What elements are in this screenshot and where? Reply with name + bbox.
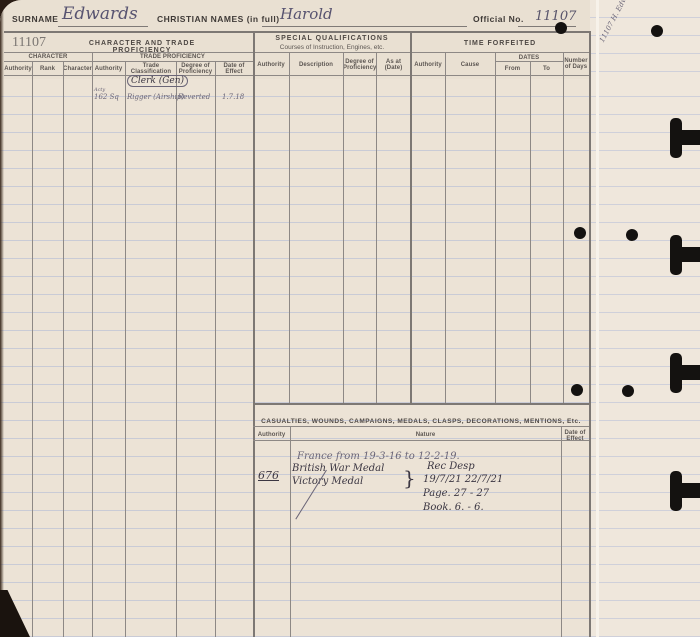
col-from: From	[495, 66, 530, 72]
col-character: Character	[63, 66, 92, 72]
christian-names-label: CHRISTIAN NAMES (in full)	[157, 14, 280, 24]
character-group-label: CHARACTER	[4, 54, 92, 60]
section-divider	[410, 31, 412, 403]
col-divider	[343, 52, 344, 403]
casualty-line-rec-desp: Rec Desp	[427, 461, 475, 472]
dates-divider	[495, 61, 563, 62]
col-divider	[289, 52, 290, 403]
col-divider	[125, 61, 126, 637]
col-divider	[376, 52, 377, 403]
col-divider	[563, 52, 564, 403]
casualty-line-victory-medal: Victory Medal	[292, 476, 363, 487]
brace-mark: }	[403, 466, 416, 490]
col-time-authority: Authority	[411, 62, 445, 68]
casualties-section-title: CASUALTIES, WOUNDS, CAMPAIGNS, MEDALS, C…	[253, 418, 589, 425]
casualty-authority-value: 676	[258, 469, 279, 482]
binder-hole	[651, 25, 663, 37]
col-divider	[530, 61, 531, 403]
col-divider	[176, 61, 177, 637]
trade-classification-heading: Clerk (Gen)	[127, 75, 188, 87]
col-divider	[561, 426, 562, 637]
official-no-value: 11107	[535, 9, 576, 24]
col-divider	[445, 52, 446, 403]
col-to: To	[530, 66, 563, 72]
binder-tab	[670, 471, 700, 511]
col-char-authority: Authority	[4, 66, 32, 72]
right-margin-strip	[590, 0, 700, 637]
official-no-label: Official No.	[473, 14, 524, 24]
col-divider	[495, 52, 496, 403]
col-special-authority: Authority	[253, 62, 289, 68]
page-fold	[596, 0, 599, 637]
section-divider	[253, 31, 255, 637]
table-top-border	[4, 31, 590, 33]
table-right-border	[589, 31, 591, 637]
surname-underline	[58, 26, 148, 27]
date-of-effect-value: 1.7.18	[222, 93, 244, 101]
binder-hole	[555, 22, 567, 34]
trade-classification-value: Rigger (Airship)	[127, 93, 184, 101]
col-divider	[32, 61, 33, 637]
casualty-line-page: Page. 27 - 27	[423, 488, 489, 499]
binder-hole	[626, 229, 638, 241]
col-cause: Cause	[445, 62, 495, 68]
casualty-line-book: Book. 6. - 6.	[423, 502, 484, 513]
surname-label: SURNAME	[12, 14, 58, 24]
trade-group-label: TRADE PROFICIENCY	[92, 54, 253, 60]
christian-names-underline	[262, 26, 467, 27]
special-section-subtitle: Courses of Instruction, Engines, etc.	[254, 44, 410, 51]
degree-of-proficiency-value: Reverted	[178, 93, 210, 101]
character-subheader-line	[4, 52, 253, 53]
christian-names-value: Harold	[280, 5, 333, 23]
special-subheader-line	[253, 52, 589, 53]
casualties-top-border	[253, 403, 589, 405]
casualties-header-bottom	[253, 440, 589, 441]
binder-tab	[670, 235, 700, 275]
col-divider	[92, 52, 93, 637]
special-section-title: SPECIAL QUALIFICATIONS	[254, 35, 410, 42]
page-left-edge	[0, 0, 4, 637]
surname-value: Edwards	[62, 4, 138, 24]
casualties-header-top	[253, 426, 589, 427]
service-record-page: SURNAME Edwards CHRISTIAN NAMES (in full…	[0, 0, 700, 637]
col-degree-of-proficiency: Degree of Proficiency	[176, 63, 215, 75]
col-nature: Nature	[290, 432, 561, 438]
binder-tab	[670, 353, 700, 393]
official-no-underline	[518, 26, 576, 27]
trade-authority-value: 162 Sq	[94, 93, 119, 101]
binder-hole	[574, 227, 586, 239]
casualty-line-dates: 19/7/21 22/7/21	[423, 474, 503, 485]
col-special-degree: Degree of Proficiency	[343, 59, 376, 71]
col-number-of-days: Number of Days	[564, 58, 588, 70]
binder-hole	[622, 385, 634, 397]
col-as-at-date: As at (Date)	[378, 59, 409, 71]
col-casualty-authority: Authority	[253, 432, 290, 438]
col-trade-authority: Authority	[92, 66, 125, 72]
col-divider	[215, 61, 216, 637]
page-corner-curl	[0, 590, 30, 637]
col-divider	[290, 426, 291, 637]
stamp-number: 11107	[12, 35, 46, 51]
binder-hole	[571, 384, 583, 396]
col-description: Description	[289, 62, 343, 68]
col-trade-classification: Trade Classification	[127, 63, 175, 75]
time-forfeited-title: TIME FORFEITED	[411, 40, 589, 47]
col-date-of-effect: Date of Effect	[215, 63, 253, 75]
binder-tab	[670, 118, 700, 158]
col-rank: Rank	[32, 66, 63, 72]
col-divider	[63, 61, 64, 637]
casualty-line-british-war-medal: British War Medal	[292, 463, 384, 474]
